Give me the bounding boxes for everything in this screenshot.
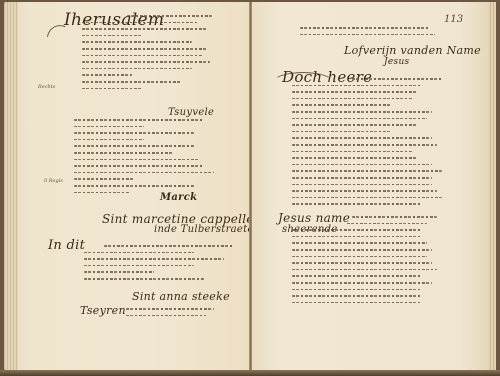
- text-block-3: [84, 242, 234, 282]
- heading-in-dit: In dit: [48, 238, 85, 253]
- book-bottom-edge: [0, 370, 500, 376]
- page-number: 113: [444, 14, 463, 25]
- heading-marck: Marck: [160, 192, 197, 203]
- text-block-2: [74, 116, 214, 195]
- right-page: 113 Lofverijn vanden Name Jesus Doch hee…: [252, 2, 496, 370]
- heading-tseyren: Tseyren: [80, 304, 126, 317]
- text-block-5: [300, 24, 435, 37]
- text-block-6: [292, 75, 442, 207]
- margin-note: Rechts: [38, 84, 55, 90]
- heading-lofverijn: Lofverijn vanden Name: [344, 44, 481, 57]
- page-edges-left: [4, 2, 18, 370]
- heading-jesus: Jesus: [384, 57, 409, 67]
- margin-note: ll Regis: [44, 178, 63, 184]
- text-block-7: [292, 213, 437, 305]
- page-edges-right: [488, 2, 496, 370]
- heading-sint-anna: Sint anna steeke: [132, 290, 230, 303]
- text-block-4: [126, 305, 216, 318]
- left-page: Iherusalem Rechts Tsuyvele: [4, 2, 250, 370]
- heading-tulberstraete: inde Tulberstraete: [154, 224, 250, 235]
- manuscript-photo: Iherusalem Rechts Tsuyvele: [0, 0, 500, 376]
- text-block-1: [82, 12, 212, 91]
